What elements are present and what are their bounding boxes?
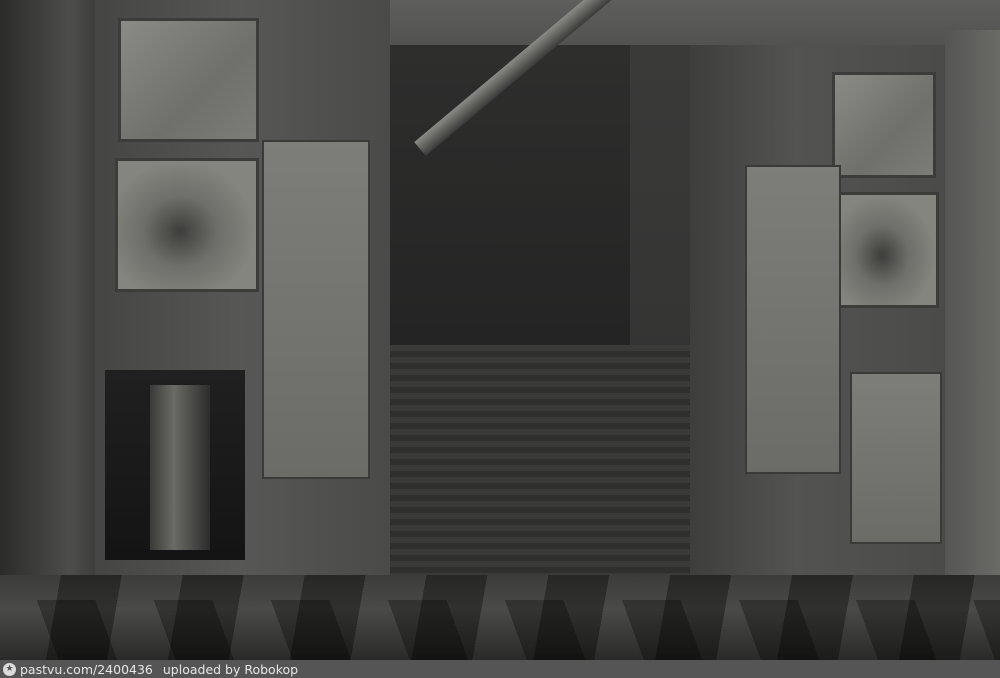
relief-panel-left	[115, 158, 259, 292]
caption-bar: ★ pastvu.com/2400436 uploaded by Robokop	[0, 660, 1000, 678]
upper-marble-panel-right	[832, 72, 936, 178]
plaque-left	[262, 140, 370, 479]
doorway-inner	[150, 385, 210, 550]
relief-panel-right	[835, 192, 939, 308]
plaque-right-lower	[850, 372, 942, 544]
photo-link[interactable]: pastvu.com/2400436	[20, 662, 153, 677]
uploader-text: uploaded by Robokop	[163, 662, 298, 677]
checkered-floor-pattern	[0, 600, 1000, 660]
upper-landing	[390, 45, 630, 345]
pastvu-logo-icon: ★	[3, 663, 16, 676]
left-wall	[0, 0, 100, 620]
staircase	[390, 345, 740, 595]
right-wall	[945, 30, 1000, 590]
photo	[0, 0, 1000, 660]
plaque-right	[745, 165, 841, 474]
upper-marble-panel-left	[118, 18, 259, 142]
